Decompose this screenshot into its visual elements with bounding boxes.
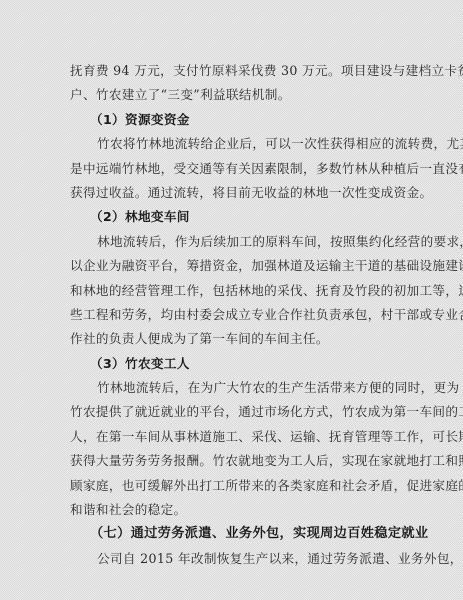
text-line: 作社的负责人便成为了第一车间的车间主任。	[70, 327, 395, 351]
text-line: 顾家庭，也可缓解外出打工所带来的各类家庭和社会矛盾，促进家庭的	[70, 474, 395, 498]
text-line: 户、竹农建立了“三变”利益联结机制。	[70, 83, 395, 107]
paragraph-forest-to-workshop: 林地流转后，作为后续加工的原料车间，按照集约化经营的要求， 以企业为融资平台，筹…	[70, 230, 395, 352]
paragraph-labor-dispatch: 公司自 2015 年改制恢复生产以来，通过劳务派遣、业务外包，吸	[70, 547, 395, 571]
text-line: 林地流转后，作为后续加工的原料车间，按照集约化经营的要求，	[70, 230, 395, 254]
paragraph-farmers-to-workers: 竹林地流转后，在为广大竹农的生产生活带来方便的同时，更为 竹农提供了就近就业的平…	[70, 376, 395, 522]
text-line: 以企业为融资平台，筹措资金，加强林道及运输主干道的基础设施建设	[70, 254, 395, 278]
section-heading-labor-dispatch: （七）通过劳务派遣、业务外包，实现周边百姓稳定就业	[70, 522, 395, 546]
text-line: 竹农提供了就近就业的平台，通过市场化方式，竹农成为第一车间的工	[70, 400, 395, 424]
text-line: 是中远端竹林地，受交通等有关因素限制，多数竹林从种植后一直没有	[70, 157, 395, 181]
paragraph-resources-to-capital: 竹农将竹林地流转给企业后，可以一次性获得相应的流转费，尤其 是中远端竹林地，受交…	[70, 132, 395, 205]
text-line: 获得过收益。通过流转，将目前无收益的林地一次性变成资金。	[70, 181, 395, 205]
text-line: 竹林地流转后，在为广大竹农的生产生活带来方便的同时，更为	[70, 376, 395, 400]
document-page: 抚育费 94 万元，支付竹原料采伐费 30 万元。项目建设与建档立卡贫困 户、竹…	[70, 59, 395, 571]
text-line: 公司自 2015 年改制恢复生产以来，通过劳务派遣、业务外包，吸	[70, 547, 395, 571]
text-line: 和林地的经营管理工作，包括林地的采伐、抚育及竹段的初加工等，这	[70, 279, 395, 303]
text-line: 抚育费 94 万元，支付竹原料采伐费 30 万元。项目建设与建档立卡贫困	[70, 59, 395, 83]
subheading-resources-to-capital: （1）资源变资金	[70, 108, 395, 132]
text-line: 竹农将竹林地流转给企业后，可以一次性获得相应的流转费，尤其	[70, 132, 395, 156]
text-line: 获得大量劳务劳务报酬。竹农就地变为工人后，实现在家就地打工和照	[70, 449, 395, 473]
subheading-forest-to-workshop: （2）林地变车间	[70, 205, 395, 229]
text-line: 些工程和劳务，均由村委会成立专业合作社负责承包，村干部或专业合	[70, 303, 395, 327]
text-line: 人，在第一车间从事林道施工、采伐、运输、抚育管理等工作，可长期	[70, 425, 395, 449]
text-line: 和谐和社会的稳定。	[70, 498, 395, 522]
subheading-farmers-to-workers: （3）竹农变工人	[70, 352, 395, 376]
paragraph-continued: 抚育费 94 万元，支付竹原料采伐费 30 万元。项目建设与建档立卡贫困 户、竹…	[70, 59, 395, 108]
